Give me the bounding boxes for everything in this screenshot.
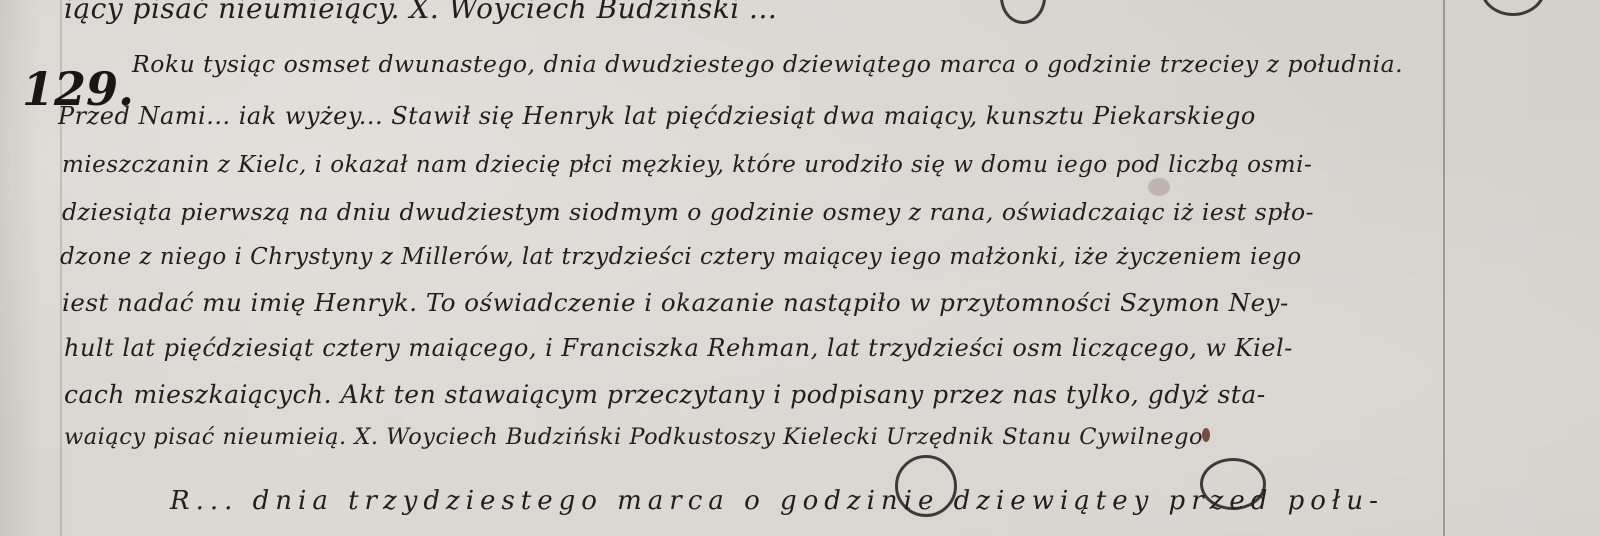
right-margin-line xyxy=(1443,0,1445,536)
descender-loop xyxy=(1000,0,1046,24)
flourish-loop xyxy=(1200,458,1266,510)
text-line-3: mieszczanin z Kielc, i okazał nam dzieci… xyxy=(62,152,1312,178)
ink-smudge xyxy=(1148,178,1170,196)
ink-spot xyxy=(1202,428,1210,442)
text-line-7: hult lat pięćdziesiąt cztery maiącego, i… xyxy=(64,334,1293,362)
flourish-loop xyxy=(895,455,957,517)
text-line-8: cach mieszkaiących. Akt ten stawaiącym p… xyxy=(64,380,1266,409)
text-line-2: Przed Nami... iak wyżey... Stawił się He… xyxy=(58,102,1256,130)
text-line-4: dziesiąta pierwszą na dniu dwudziestym s… xyxy=(62,198,1314,226)
descender-loop xyxy=(1480,0,1546,16)
text-line-1: Roku tysiąc osmset dwunastego, dnia dwud… xyxy=(132,50,1403,78)
text-line-6: iest nadać mu imię Henryk. To oświadczen… xyxy=(62,288,1289,317)
text-line-5: dzone z niego i Chrystyny z Millerów, la… xyxy=(60,244,1302,270)
text-line-9: waiący pisać nieumieią. X. Woyciech Budz… xyxy=(64,424,1203,450)
document-scan: iący pisać nieumieiący. X. Woyciech Budz… xyxy=(0,0,1600,536)
text-line-0: iący pisać nieumieiący. X. Woyciech Budz… xyxy=(64,0,777,25)
